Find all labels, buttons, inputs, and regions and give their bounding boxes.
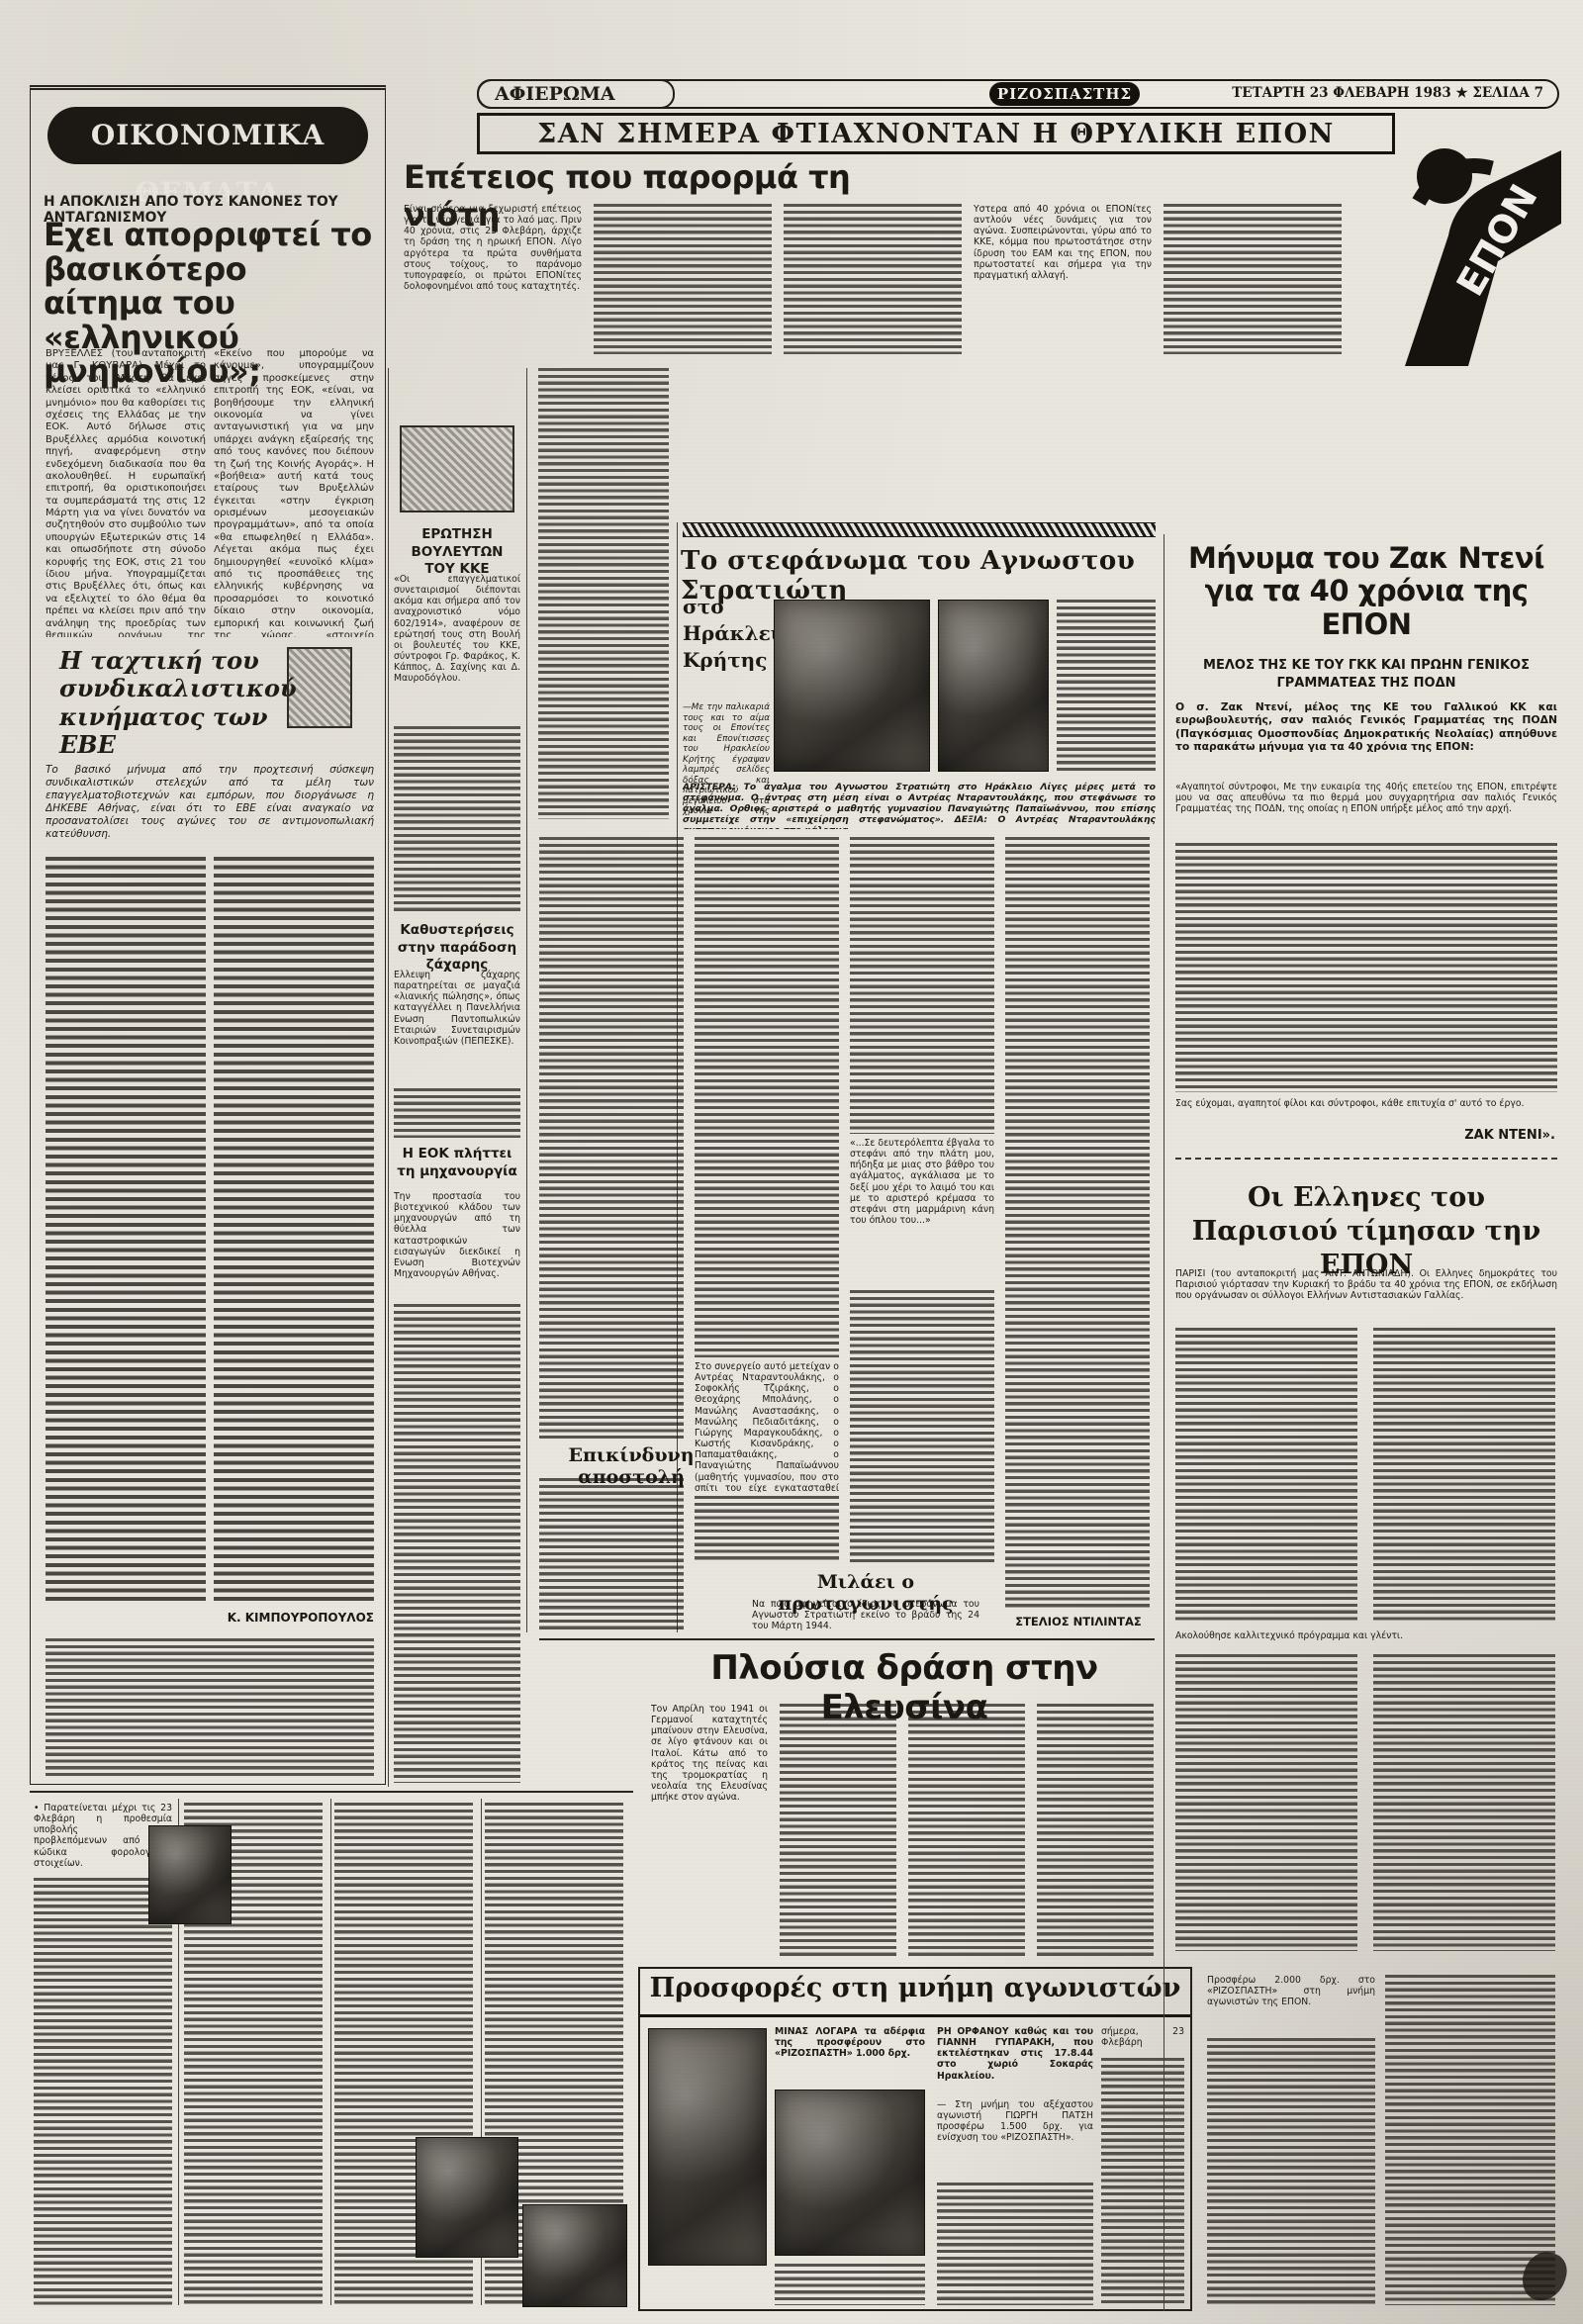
prosfores-colA-more [775, 2264, 925, 2305]
economika-col1: ΒΡΥΞΕΛΛΕΣ (του ανταποκριτή μας Γ. ΚΟΥΒΑΡ… [46, 348, 206, 637]
column-rule [526, 368, 527, 1632]
stefanoma-names: Στο συνεργείο αυτό μετείχαν ο Αντρέας Ντ… [695, 1361, 839, 1492]
paris-ending: Ακολούθησε καλλιτεχνικό πρόγραμμα και γλ… [1175, 1630, 1557, 1646]
stefanoma-body-col3 [850, 837, 994, 1134]
economika-headline: Εχει απορριφτεί το βασικότερο αίτημα του… [44, 218, 372, 338]
stefanoma-body-col2 [695, 837, 839, 1357]
kke-question-heading: ΕΡΩΤΗΣΗ ΒΟΥΛΕΥΤΩΝ ΤΟΥ ΚΚΕ [394, 526, 520, 568]
stefanoma-body-col1b [539, 1478, 684, 1632]
stefanoma-quote: «...Σε δευτερόλεπτα έβγαλα το στεφάνι απ… [850, 1138, 994, 1284]
epeteios-headline: Επέτειος που παρορμά τη νιότη [404, 158, 871, 200]
eleusina-col4 [1037, 1704, 1154, 1959]
decorative-band [683, 522, 1156, 537]
eleusina-col3 [908, 1704, 1025, 1959]
eok-body [394, 1304, 520, 1783]
economika-kicker: Η ΑΠΟΚΛΙΣΗ ΑΠΟ ΤΟΥΣ ΚΑΝΟΝΕΣ ΤΟΥ ΑΝΤΑΓΩΝΙ… [44, 194, 374, 214]
column-rule [330, 1799, 331, 2305]
stefanoma-line3: Ηράκλειο [683, 620, 772, 647]
eleusina-headline: Πλούσια δράση στην Ελευσίνα [653, 1648, 1156, 1694]
offers-right-col2 [1385, 1975, 1555, 2305]
offers-right-fragment: Προσφέρω 2.000 δρχ. στο «ΡΙΖΟΣΠΑΣΤΗ» στη… [1207, 1975, 1375, 2032]
epeteios-intro-col5 [1164, 204, 1342, 354]
sugar-heading: Καθυστερήσεις στην παράδοση ζάχαρης [394, 922, 520, 964]
bottom-left-photo-3 [522, 2204, 627, 2307]
paris-lead: ΠΑΡΙΣΙ (του ανταποκριτή μας ΑΝΤ. ΑΝΤΩΝΙΑ… [1175, 1268, 1557, 1320]
newspaper-page: { "page": { "section_label": "ΑΦΙΕΡΩΜΑ",… [0, 0, 1583, 2324]
stefanoma-line4: Κρήτης [683, 647, 772, 674]
stefanoma-photo-left [774, 600, 930, 772]
sugar-lead: Ελλειψη ζάχαρης παρατηρείται σε μαγαζιά … [394, 970, 520, 1084]
bottom-left-photo-2 [416, 2137, 518, 2258]
prosfores-photo-left [648, 2028, 767, 2266]
column-rule [388, 368, 389, 1787]
date-line: ΤΕΤΑΡΤΗ 23 ΦΛΕΒΑΡΗ 1983 ★ ΣΕΛΙΔΑ 7 [1148, 85, 1543, 105]
section-label-box: ΑΦΙΕΡΩΜΑ [477, 79, 675, 109]
paris-body-col1 [1175, 1328, 1357, 1623]
paris-headline: Οι Ελληνες του Παρισιού τίμησαν την ΕΠΟΝ [1177, 1181, 1555, 1260]
prosfores-headline: Προσφορές στη μνήμη αγωνιστών [648, 1973, 1182, 2008]
epon-banner-box: ΣΑΝ ΣΗΜΕΡΑ ΦΤΙΑΧΝΟΝΤΑΝ Η ΘΡΥΛΙΚΗ ΕΠΟΝ [477, 113, 1395, 154]
econ-col-graphic [400, 425, 514, 512]
tactic-stamp-graphic [287, 647, 352, 728]
eok-lead: Την προστασία του βιοτεχνικού κλάδου των… [394, 1191, 520, 1298]
prosfores-colB-more [937, 2183, 1093, 2305]
economika-body-right [214, 857, 374, 1601]
section-divider [539, 1638, 1155, 1640]
prosfores-colC-more [1101, 2058, 1184, 2305]
stefanoma-caption: ΑΡΙΣΤΕΡΑ: Το άγαλμα του Αγνωστου Στρατιώ… [683, 782, 1156, 829]
zak-paris-divider [1175, 1158, 1557, 1160]
zak-body-start: «Αγαπητοί σύντροφοι, Με την ευκαιρία της… [1175, 782, 1557, 837]
stefanoma-body-col1 [539, 837, 684, 1439]
offers-right-col1 [1207, 2038, 1375, 2305]
sugar-body [394, 1088, 520, 1138]
prosfores-item1: ΜΙΝΑΣ ΛΟΓΑΡΑ τα αδέρφια της προσφέρουν σ… [775, 2026, 925, 2084]
section-label: ΑΦΙΕΡΩΜΑ [495, 83, 615, 105]
right-lower-col1 [1175, 1654, 1357, 1951]
zak-body [1175, 843, 1557, 1092]
prosfores-rule [640, 2014, 1190, 2017]
bottom-left-divider [30, 1791, 633, 1793]
economika-bottom-text [46, 1638, 374, 1777]
eleusina-col1: Τον Απρίλη του 1941 οι Γερμανοί καταχτητ… [651, 1704, 768, 1959]
economika-byline: Κ. ΚΙΜΠΟΥΡΟΠΟΥΛΟΣ [198, 1611, 374, 1627]
tactic-heading: Η ταχτική του συνδικαλιστικού κινήματος … [59, 647, 275, 750]
kke-question-body [394, 726, 520, 914]
zak-headline: Μήνυμα του Ζακ Ντενί για τα 40 χρόνια τη… [1177, 542, 1555, 651]
epeteios-intro-col3 [784, 204, 962, 354]
masthead-pill: ΡΙΖΟΣΠΑΣΤΗΣ [989, 82, 1140, 106]
bottom-left-photo-1 [148, 1825, 232, 1924]
column-rule [1164, 534, 1164, 2311]
stefanoma-headline: Το στεφάνωμα του Αγνωστου Στρατιώτη [681, 546, 1158, 584]
zak-lead: Ο σ. Ζακ Ντενί, μέλος της ΚΕ του Γαλλικο… [1175, 700, 1557, 774]
epeteios-intro-col1: Είναι σήμερα μια ξεχωριστή επέτειος για … [404, 204, 582, 356]
prosfores-side-note: σήμερα, 23 Φλεβάρη [1101, 2026, 1184, 2054]
tactic-lead: Το βασικό μήνυμα από την προχτεσινή σύσκ… [46, 764, 374, 841]
masthead-label: ΡΙΖΟΣΠΑΣΤΗΣ [997, 85, 1132, 103]
zak-body-end: Σας εύχομαι, αγαπητοί φίλοι και σύντροφο… [1175, 1098, 1557, 1124]
stefanoma-body-col3b [850, 1290, 994, 1563]
economika-col2: «Εκείνο που μπορούμε να κάνουμε», υπογρα… [214, 348, 374, 637]
stefanoma-side-text [1057, 600, 1156, 772]
epeteios-cont-column [538, 368, 669, 819]
stefanoma-line2: στο [683, 594, 772, 620]
stefanoma-subhead-1: Επικίνδυνη αποστολή [542, 1444, 720, 1470]
eok-heading: Η ΕΟΚ πλήττει τη μηχανουργία [394, 1146, 520, 1187]
kke-question-lead: «Οι επαγγελματικοί συνεταιρισμοί διέποντ… [394, 574, 520, 720]
epeteios-intro-col4: Υστερα από 40 χρόνια οι ΕΠΟΝίτες αντλούν… [974, 204, 1152, 356]
stefanoma-body-col4 [1005, 837, 1150, 1609]
prosfores-photo-mid [775, 2090, 925, 2256]
economika-body-left [46, 857, 206, 1601]
prosfores-item2: ΡΗ ΟΡΦΑΝΟΥ καθώς και του ΓΙΑΝΝΗ ΓΥΠΑΡΑΚΗ… [937, 2026, 1093, 2095]
stefanoma-sub2-lead: Να πως αφηγείται ο ίδιος το στεφάνωμα το… [752, 1599, 979, 1632]
stefanoma-subhead-2: Μιλάει ο πρωταγωνιστής [752, 1571, 979, 1597]
paris-body-col2 [1373, 1328, 1555, 1623]
eleusina-col2 [780, 1704, 896, 1959]
right-lower-col2 [1373, 1654, 1555, 1951]
epeteios-intro-col2 [594, 204, 772, 354]
stefanoma-photo-right [938, 600, 1049, 772]
epon-fist-illustration: ΕΠΟΝ [1383, 133, 1561, 368]
zak-signature: ΖΑΚ ΝΤΕΝΙ». [1286, 1128, 1555, 1146]
prosfores-item3: — Στη μνήμη του αξέχαστου αγωνιστή ΓΙΩΡΓ… [937, 2099, 1093, 2179]
bottom-left-col1 [34, 1878, 172, 2307]
stefanoma-body-col2b [695, 1496, 839, 1563]
stefanoma-headline-left: στο Ηράκλειο Κρήτης [683, 594, 772, 697]
stefanoma-byline: ΣΤΕΛΙΟΣ ΝΤΙΛΙΝΤΑΣ [1003, 1615, 1154, 1630]
epon-banner-title: ΣΑΝ ΣΗΜΕΡΑ ΦΤΙΑΧΝΟΝΤΑΝ Η ΘΡΥΛΙΚΗ ΕΠΟΝ [537, 119, 1335, 149]
economika-banner: ΟΙΚΟΝΟΜΙΚΑ ΘΕΜΑΤΑ [47, 107, 368, 164]
zak-subhead: ΜΕΛΟΣ ΤΗΣ ΚΕ ΤΟΥ ΓΚΚ ΚΑΙ ΠΡΩΗΝ ΓΕΝΙΚΟΣ Γ… [1187, 657, 1545, 693]
